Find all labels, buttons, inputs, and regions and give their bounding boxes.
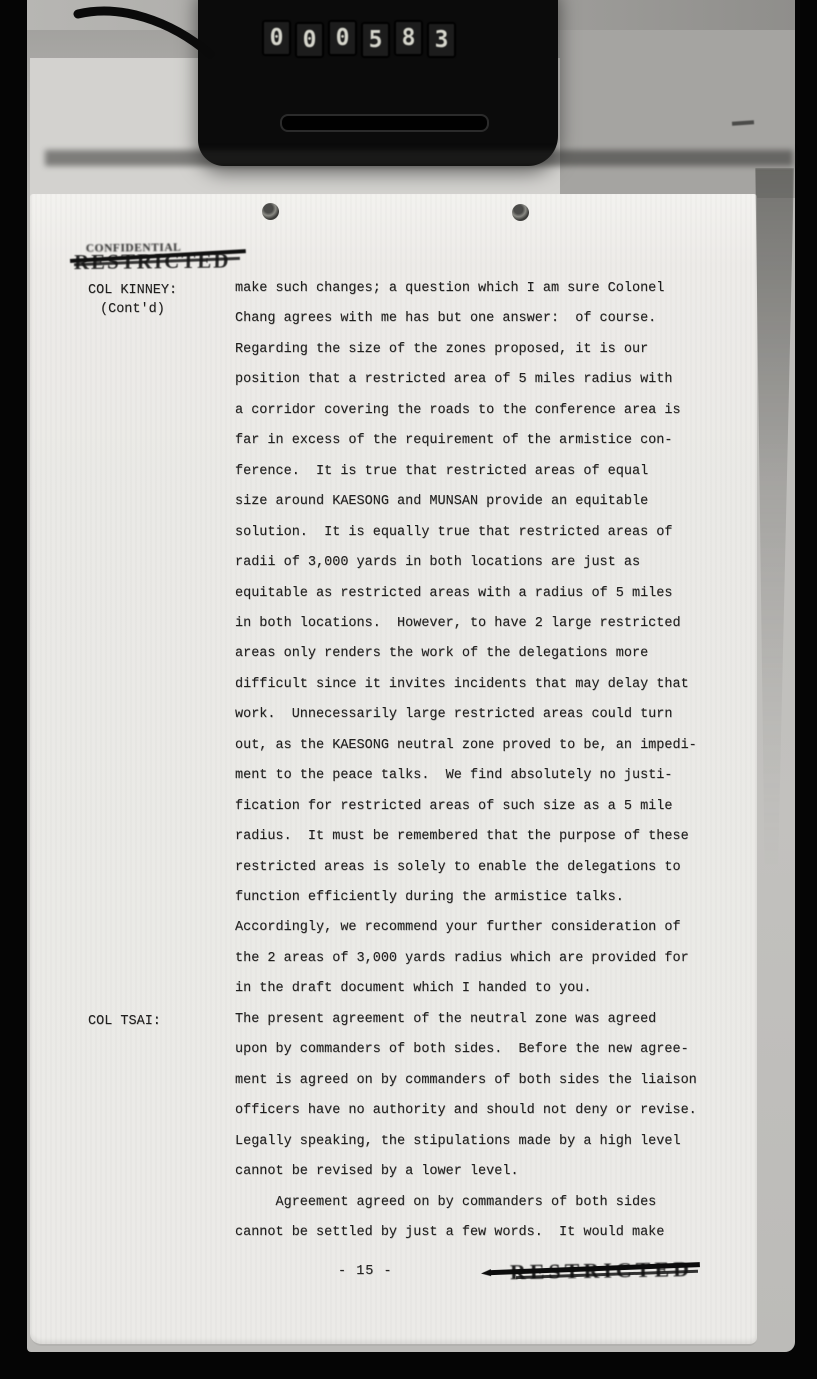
transcript-line: The present agreement of the neutral zon… xyxy=(235,1012,656,1027)
counter-digit: 0 xyxy=(295,22,324,58)
transcript-line: officers have no authority and should no… xyxy=(235,1103,697,1118)
transcript-line: areas only renders the work of the deleg… xyxy=(235,646,648,661)
transcript-line: far in excess of the requirement of the … xyxy=(235,433,672,448)
transcript-line: Regarding the size of the zones proposed… xyxy=(235,342,648,357)
transcript: COL KINNEY:(Cont'd)make such changes; a … xyxy=(30,281,757,1261)
transcript-line: difficult since it invites incidents tha… xyxy=(235,677,689,692)
transcript-line: Legally speaking, the stipulations made … xyxy=(235,1134,681,1149)
transcript-line: cannot be settled by just a few words. I… xyxy=(235,1225,664,1240)
counter-slot xyxy=(280,114,489,132)
transcript-line: ference. It is true that restricted area… xyxy=(235,464,648,479)
transcript-line: fication for restricted areas of such si… xyxy=(235,799,672,814)
fastener-hole-left xyxy=(262,203,279,220)
transcript-line: ment to the peace talks. We find absolut… xyxy=(235,768,672,783)
transcript-line: cannot be revised by a lower level. xyxy=(235,1164,519,1179)
transcript-line: radius. It must be remembered that the p… xyxy=(235,829,689,844)
speaker-note: (Cont'd) xyxy=(100,302,165,317)
transcript-line: work. Unnecessarily large restricted are… xyxy=(235,707,672,722)
transcript-line: solution. It is equally true that restri… xyxy=(235,525,672,540)
transcript-line: the 2 areas of 3,000 yards radius which … xyxy=(235,951,689,966)
transcript-line: restricted areas is solely to enable the… xyxy=(235,860,681,875)
counter-digits: 000583 xyxy=(262,20,456,56)
top-classification-stamp: CONFIDENTIAL RESTRICTED xyxy=(72,242,252,286)
transcript-line: position that a restricted area of 5 mil… xyxy=(235,372,672,387)
bottom-classification-stamp: RESTRICTED xyxy=(498,1252,709,1294)
transcript-line: out, as the KAESONG neutral zone proved … xyxy=(235,738,697,753)
speaker-label: COL KINNEY: xyxy=(88,283,177,298)
counter-digit: 0 xyxy=(328,20,357,56)
transcript-line: Agreement agreed on by commanders of bot… xyxy=(235,1195,656,1210)
frame-counter-device: 000583 xyxy=(198,0,558,166)
counter-digit: 8 xyxy=(394,20,423,56)
transcript-line: function efficiently during the armistic… xyxy=(235,890,624,905)
transcript-line: size around KAESONG and MUNSAN provide a… xyxy=(235,494,648,509)
speaker-label: COL TSAI: xyxy=(88,1014,161,1029)
counter-digit: 3 xyxy=(427,22,456,58)
transcript-line: Chang agrees with me has but one answer:… xyxy=(235,311,656,326)
transcript-line: in both locations. However, to have 2 la… xyxy=(235,616,681,631)
scanned-document-frame: 000583 CONFIDENTIAL RESTRICTED COL KINNE… xyxy=(0,0,817,1379)
counter-digit: 0 xyxy=(262,20,291,56)
page-number: - 15 - xyxy=(338,1264,393,1279)
transcript-line: in the draft document which I handed to … xyxy=(235,981,591,996)
transcript-line: ment is agreed on by commanders of both … xyxy=(235,1073,697,1088)
transcript-line: radii of 3,000 yards in both locations a… xyxy=(235,555,640,570)
transcript-line: upon by commanders of both sides. Before… xyxy=(235,1042,689,1057)
transcript-line: equitable as restricted areas with a rad… xyxy=(235,586,672,601)
sheet-edge-shadow xyxy=(45,150,793,166)
transcript-line: a corridor covering the roads to the con… xyxy=(235,403,681,418)
fastener-hole-right xyxy=(512,204,529,221)
counter-digit: 5 xyxy=(361,22,390,58)
transcript-line: make such changes; a question which I am… xyxy=(235,281,664,296)
transcript-line: Accordingly, we recommend your further c… xyxy=(235,920,681,935)
